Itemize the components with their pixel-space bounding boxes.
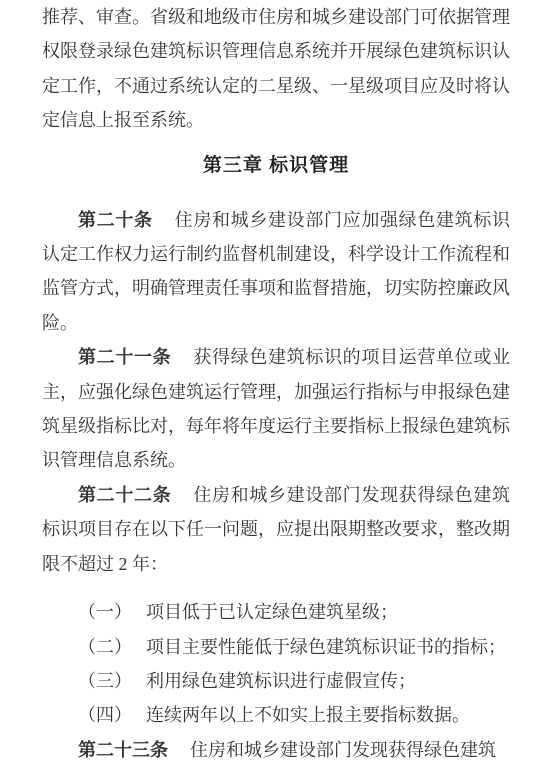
page-content: 推荐、审查。省级和地级市住房和城乡建设部门可依据管理权限登录绿色建筑标识管理信息… (0, 0, 552, 762)
clause-text: 利用绿色建筑标识进行虚假宣传； (146, 671, 416, 691)
clause-label: （四） (78, 705, 132, 725)
article-number: 第二十二条 (78, 485, 171, 505)
clause-item-3: （三）利用绿色建筑标识进行虚假宣传； (42, 664, 510, 698)
article-number: 第二十一条 (78, 347, 171, 367)
article-paragraph-21: 第二十一条获得绿色建筑标识的项目运营单位或业主，应强化绿色建筑运行管理，加强运行… (42, 340, 510, 478)
article-paragraph-23: 第二十三条住房和城乡建设部门发现获得绿色建筑 (42, 733, 510, 762)
clause-text: 项目低于已认定绿色建筑星级； (146, 602, 398, 622)
clause-item-4: （四）连续两年以上不如实上报主要指标数据。 (42, 698, 510, 732)
clause-list: （一）项目低于已认定绿色建筑星级； （二）项目主要性能低于绿色建筑标识证书的指标… (42, 595, 510, 733)
clause-item-2: （二）项目主要性能低于绿色建筑标识证书的指标； (42, 630, 510, 664)
article-paragraph-20: 第二十条住房和城乡建设部门应加强绿色建筑标识认定工作权力运行制约监督机制建设，科… (42, 203, 510, 341)
article-number: 第二十条 (78, 210, 153, 230)
article-text: 住房和城乡建设部门发现获得绿色建筑 (190, 740, 496, 760)
article-number: 第二十三条 (78, 740, 168, 760)
document-page: 推荐、审查。省级和地级市住房和城乡建设部门可依据管理权限登录绿色建筑标识管理信息… (0, 0, 552, 762)
clause-item-1: （一）项目低于已认定绿色建筑星级； (42, 595, 510, 629)
article-paragraph-22: 第二十二条住房和城乡建设部门发现获得绿色建筑标识项目存在以下任一问题，应提出限期… (42, 478, 510, 581)
article-section: 第二十条住房和城乡建设部门应加强绿色建筑标识认定工作权力运行制约监督机制建设，科… (42, 203, 510, 581)
clause-label: （二） (78, 637, 132, 657)
chapter-heading: 第三章 标识管理 (42, 149, 510, 183)
clause-text: 连续两年以上不如实上报主要指标数据。 (146, 705, 470, 725)
continuation-paragraph: 推荐、审查。省级和地级市住房和城乡建设部门可依据管理权限登录绿色建筑标识管理信息… (42, 0, 510, 138)
clause-label: （三） (78, 671, 132, 691)
clause-text: 项目主要性能低于绿色建筑标识证书的指标； (146, 637, 506, 657)
clause-label: （一） (78, 602, 132, 622)
